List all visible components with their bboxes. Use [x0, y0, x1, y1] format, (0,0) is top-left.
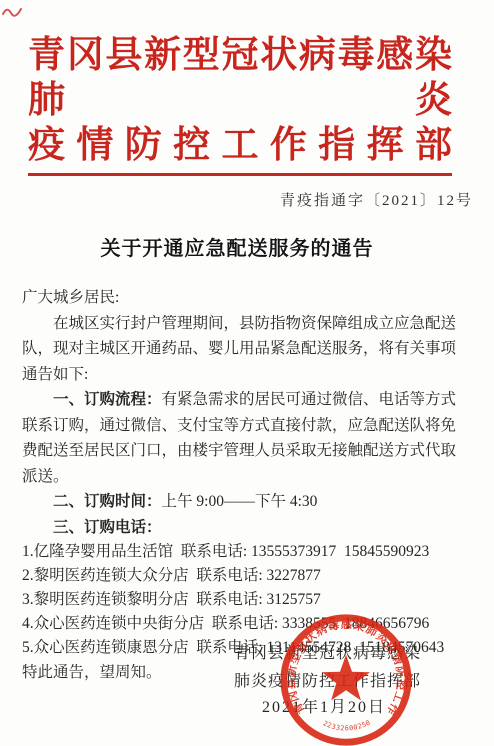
letterhead: 青冈县新型冠状病毒感染肺炎 疫情防控工作指挥部 — [28, 33, 452, 168]
document-number: 青疫指通字〔2021〕12号 — [0, 189, 494, 210]
item-order-time: 二、订购时间：上午 9:00——下午 4:30 — [22, 489, 468, 515]
item-order-process-label: 一、订购流程： — [53, 391, 162, 408]
phone-list-item: 3.黎明医药连锁黎明分店 联系电话: 3125757 — [22, 588, 468, 612]
phone-list-item: 2.黎明医药连锁大众分店 联系电话: 3227877 — [22, 564, 468, 588]
seal-star-icon — [322, 655, 370, 701]
official-seal-stamp: 青冈县新型冠状病毒感染肺炎疫情防控工作指挥部 2233260025048 — [278, 612, 414, 746]
red-scribble-icon — [2, 5, 22, 19]
letterhead-line2: 疫情防控工作指挥部 — [28, 123, 452, 168]
salutation: 广大城乡居民: — [22, 285, 468, 311]
page-title: 关于开通应急配送服务的通告 — [0, 232, 474, 261]
notice-document: 青冈县新型冠状病毒感染肺炎 疫情防控工作指挥部 青疫指通字〔2021〕12号 关… — [0, 0, 494, 746]
item-order-process: 一、订购流程：有紧急需求的居民可通过微信、电话等方式联系订购，通过微信、支付宝等… — [22, 387, 468, 489]
phone-list-item: 1.亿隆孕婴用品生活馆 联系电话: 13555373917 1584559092… — [22, 540, 468, 564]
letterhead-divider — [28, 173, 452, 176]
item-order-phones-label: 三、订购电话： — [53, 519, 162, 536]
intro-paragraph: 在城区实行封户管理期间，县防指物资保障组成立应急配送队，现对主城区开通药品、婴儿… — [22, 311, 468, 388]
item-order-time-text: 上午 9:00——下午 4:30 — [162, 493, 318, 510]
item-order-phones: 三、订购电话： — [22, 515, 468, 541]
letterhead-line1: 青冈县新型冠状病毒感染肺炎 — [28, 33, 452, 123]
item-order-time-label: 二、订购时间： — [53, 493, 162, 510]
